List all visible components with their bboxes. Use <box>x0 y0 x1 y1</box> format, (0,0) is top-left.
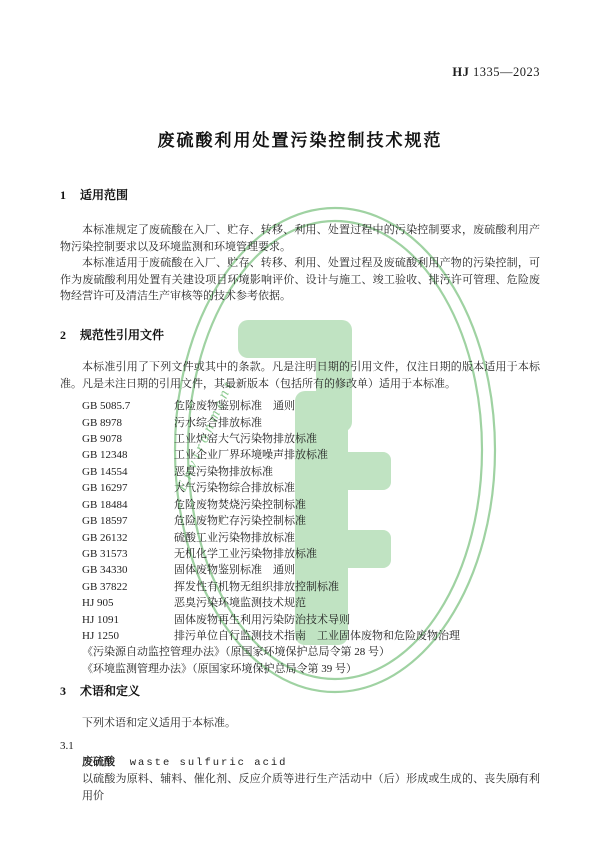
reference-item: GB 37822 挥发性有机物无组织排放控制标准 <box>60 579 540 595</box>
section-3-intro: 下列术语和定义适用于本标准。 <box>60 715 540 731</box>
term-line: 废硫酸 waste sulfuric acid <box>82 754 540 771</box>
section-2-title: 规范性引用文件 <box>80 329 164 342</box>
reference-item: GB 12348 工业企业厂界环境噪声排放标准 <box>60 447 540 463</box>
section-1-paragraph-1: 本标准规定了废硫酸在入厂、贮存、转移、利用、处置过程中的污染控制要求，废硫酸利用… <box>60 222 540 255</box>
section-3-heading: 3 术语和定义 <box>60 685 540 698</box>
standard-number-value: 1335—2023 <box>473 65 540 79</box>
standard-number-prefix: HJ <box>452 65 469 79</box>
term-english: waste sulfuric acid <box>130 757 288 769</box>
regulation-item: 《污染源自动监控管理办法》（原国家环境保护总局令第 28 号） <box>82 644 540 660</box>
reference-code: GB 5085.7 <box>82 398 174 414</box>
reference-list: GB 5085.7 危险废物鉴别标准 通则 GB 8978 污水综合排放标准 G… <box>60 398 540 677</box>
reference-code: GB 8978 <box>82 415 174 431</box>
section-1-number: 1 <box>60 189 66 202</box>
reference-code: GB 18484 <box>82 497 174 513</box>
reference-name: 恶臭污染环境监测技术规范 <box>174 595 540 611</box>
reference-code: GB 18597 <box>82 513 174 529</box>
reference-name: 挥发性有机物无组织排放控制标准 <box>174 579 540 595</box>
reference-item: GB 18484 危险废物焚烧污染控制标准 <box>60 497 540 513</box>
reference-name: 恶臭污染物排放标准 <box>174 464 540 480</box>
reference-code: GB 14554 <box>82 464 174 480</box>
reference-code: GB 31573 <box>82 546 174 562</box>
term-definition: 以硫酸为原料、辅料、催化剂、反应介质等进行生产活动中（后）形成或生成的、丧失原有… <box>82 771 540 804</box>
reference-code: HJ 905 <box>82 595 174 611</box>
reference-item: GB 5085.7 危险废物鉴别标准 通则 <box>60 398 540 414</box>
reference-code: GB 12348 <box>82 447 174 463</box>
regulation-item: 《环境监测管理办法》（原国家环境保护总局令第 39 号） <box>82 661 540 677</box>
reference-code: HJ 1250 <box>82 628 174 644</box>
document-title: 废硫酸利用处置污染控制技术规范 <box>60 133 540 149</box>
reference-name: 危险废物贮存污染控制标准 <box>174 513 540 529</box>
standard-number: HJ 1335—2023 <box>60 66 540 79</box>
reference-name: 工业炉窑大气污染物排放标准 <box>174 431 540 447</box>
document-page: Environment HJ 1335—2023 废硫酸利用处置污染控制技术规范… <box>0 0 596 842</box>
reference-item: GB 14554 恶臭污染物排放标准 <box>60 464 540 480</box>
reference-item: HJ 1091 固体废物再生利用污染防治技术导则 <box>60 612 540 628</box>
reference-item: HJ 1250 排污单位自行监测技术指南 工业固体废物和危险废物治理 <box>60 628 540 644</box>
reference-item: GB 18597 危险废物贮存污染控制标准 <box>60 513 540 529</box>
section-3-number: 3 <box>60 685 66 698</box>
reference-code: GB 37822 <box>82 579 174 595</box>
term-chinese: 废硫酸 <box>82 756 115 768</box>
reference-name: 排污单位自行监测技术指南 工业固体废物和危险废物治理 <box>174 628 540 644</box>
reference-code: GB 16297 <box>82 480 174 496</box>
reference-name: 固体废物再生利用污染防治技术导则 <box>174 612 540 628</box>
reference-item: GB 26132 硫酸工业污染物排放标准 <box>60 530 540 546</box>
reference-item: GB 34330 固体废物鉴别标准 通则 <box>60 562 540 578</box>
reference-name: 大气污染物综合排放标准 <box>174 480 540 496</box>
section-2-number: 2 <box>60 329 66 342</box>
reference-code: GB 34330 <box>82 562 174 578</box>
section-2-heading: 2 规范性引用文件 <box>60 329 540 342</box>
reference-code: GB 9078 <box>82 431 174 447</box>
reference-item: GB 31573 无机化学工业污染物排放标准 <box>60 546 540 562</box>
section-3-title: 术语和定义 <box>80 685 140 698</box>
page-number: 1 <box>515 773 521 785</box>
reference-name: 固体废物鉴别标准 通则 <box>174 562 540 578</box>
reference-item: HJ 905 恶臭污染环境监测技术规范 <box>60 595 540 611</box>
reference-code: HJ 1091 <box>82 612 174 628</box>
section-1-heading: 1 适用范围 <box>60 189 540 202</box>
reference-name: 工业企业厂界环境噪声排放标准 <box>174 447 540 463</box>
section-2-intro: 本标准引用了下列文件或其中的条款。凡是注明日期的引用文件，仅注日期的版本适用于本… <box>60 359 540 392</box>
reference-name: 污水综合排放标准 <box>174 415 540 431</box>
reference-item: GB 8978 污水综合排放标准 <box>60 415 540 431</box>
reference-name: 危险废物鉴别标准 通则 <box>174 398 540 414</box>
section-1-title: 适用范围 <box>80 189 128 202</box>
reference-name: 危险废物焚烧污染控制标准 <box>174 497 540 513</box>
page-content: HJ 1335—2023 废硫酸利用处置污染控制技术规范 1 适用范围 本标准规… <box>0 0 596 804</box>
reference-item: GB 9078 工业炉窑大气污染物排放标准 <box>60 431 540 447</box>
clause-number: 3.1 <box>60 738 540 754</box>
reference-name: 无机化学工业污染物排放标准 <box>174 546 540 562</box>
section-1-paragraph-2: 本标准适用于废硫酸在入厂、贮存、转移、利用、处置过程及废硫酸利用产物的污染控制，… <box>60 255 540 304</box>
reference-code: GB 26132 <box>82 530 174 546</box>
reference-item: GB 16297 大气污染物综合排放标准 <box>60 480 540 496</box>
reference-name: 硫酸工业污染物排放标准 <box>174 530 540 546</box>
